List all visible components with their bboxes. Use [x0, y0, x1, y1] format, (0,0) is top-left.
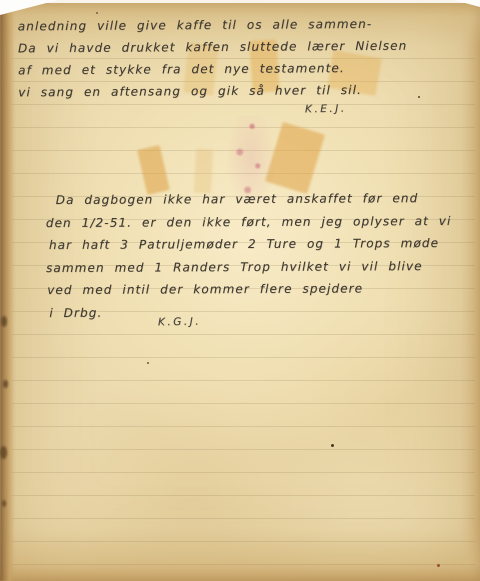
edge-dark-blot	[0, 446, 7, 459]
scanned-diary-page: anledning ville give kaffe til os alle s…	[0, 0, 480, 581]
aged-paper: anledning ville give kaffe til os alle s…	[0, 0, 480, 581]
age-speck	[418, 96, 420, 98]
handwritten-line: i Drbg.	[49, 299, 452, 324]
age-speck	[437, 564, 440, 567]
scanner-background-corner	[0, 0, 58, 15]
edge-dark-blot	[1, 316, 7, 327]
handwritten-line: ved med intil der kommer flere spejdere	[47, 277, 452, 302]
handwritten-line: sammen med 1 Randers Trop hvilket vi vil…	[46, 254, 452, 279]
edge-dark-blot	[3, 380, 8, 388]
entry-2-text: Da dagbogen ikke har været anskaffet før…	[46, 187, 452, 324]
handwritten-line: Da vi havde drukket kaffen sluttede lære…	[18, 35, 408, 60]
entry-2-signature: K.G.J.	[158, 316, 201, 329]
age-speck	[96, 12, 98, 14]
edge-dark-blot	[2, 500, 6, 507]
tape-residue-mark	[194, 149, 213, 194]
handwritten-line: Da dagbogen ikke har været anskaffet før…	[56, 187, 452, 212]
age-speck	[331, 444, 334, 447]
age-speck	[147, 362, 149, 364]
handwritten-line: den 1/2-51. er den ikke ført, men jeg op…	[46, 209, 452, 234]
scanner-background-sliver	[0, 0, 480, 3]
torn-left-edge	[0, 0, 15, 581]
handwritten-line: vi sang en aftensang og gik så hver til …	[18, 79, 408, 104]
handwritten-line: anledning ville give kaffe til os alle s…	[18, 13, 408, 38]
scanner-background-corner	[454, 0, 480, 7]
handwritten-line: af med et stykke fra det nye testamente.	[18, 57, 408, 82]
entry-1-text: anledning ville give kaffe til os alle s…	[18, 13, 408, 104]
entry-1-signature: K.E.J.	[305, 103, 347, 116]
handwritten-line: har haft 3 Patruljemøder 2 Ture og 1 Tro…	[49, 232, 452, 257]
